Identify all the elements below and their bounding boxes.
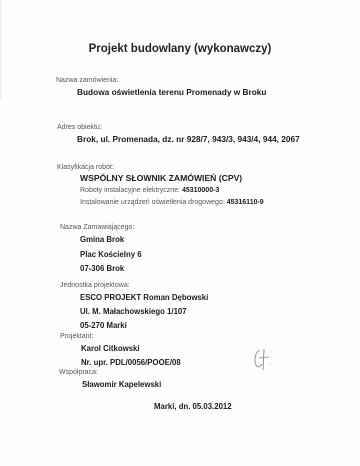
address-label: Adres obiektu: [57, 124, 102, 131]
classification-label: Klasyfikacja robót: [57, 164, 114, 171]
place-date: Marki, dn. 05.03.2012 [154, 402, 232, 411]
client-label: Nazwa Zamawiającego: [60, 224, 134, 231]
cpv-item: Instalowanie urządzeń oświetlenia drogow… [80, 199, 264, 206]
order-name-label: Nazwa zamówienia: [56, 77, 118, 84]
design-unit-line: ESCO PROJEKT Roman Dębowski [80, 293, 208, 302]
order-name-value: Budowa oświetlenia terenu Promenady w Br… [77, 87, 266, 97]
designer-label: Projektant: [60, 333, 93, 340]
document-page: Projekt budowlany (wykonawczy) Nazwa zam… [0, 0, 360, 466]
cpv-item: Roboty instalacyjne elektryczne: 4531000… [80, 187, 219, 194]
cooperation-line: Sławomir Kapelewski [82, 380, 161, 389]
cpv-heading: WSPÓLNY SŁOWNIK ZAMÓWIEŃ (CPV) [80, 173, 242, 183]
signature-icon [251, 346, 273, 372]
client-line: 07-306 Brok [80, 264, 124, 273]
document-title: Projekt budowlany (wykonawczy) [0, 43, 360, 55]
design-unit-line: 05-270 Marki [80, 321, 127, 330]
design-unit-label: Jednostka projektowa: [60, 282, 130, 289]
design-unit-line: Ul. M. Małachowskiego 1/107 [80, 307, 187, 316]
designer-line: Nr. upr. PDL/0056/POOE/08 [81, 358, 181, 367]
cpv-item-text: Instalowanie urządzeń oświetlenia drogow… [80, 199, 225, 206]
cpv-item-code: 45310000-3 [182, 187, 219, 194]
client-line: Plac Kościelny 6 [80, 250, 142, 259]
designer-line: Karol Citkowski [81, 344, 140, 353]
cpv-item-code: 45316110-9 [227, 199, 264, 206]
address-value: Brok, ul. Promenada, dz. nr 928/7, 943/3… [77, 134, 300, 144]
cooperation-label: Współpraca: [59, 369, 98, 376]
client-line: Gmina Brok [80, 235, 124, 244]
cpv-item-text: Roboty instalacyjne elektryczne: [80, 187, 180, 194]
